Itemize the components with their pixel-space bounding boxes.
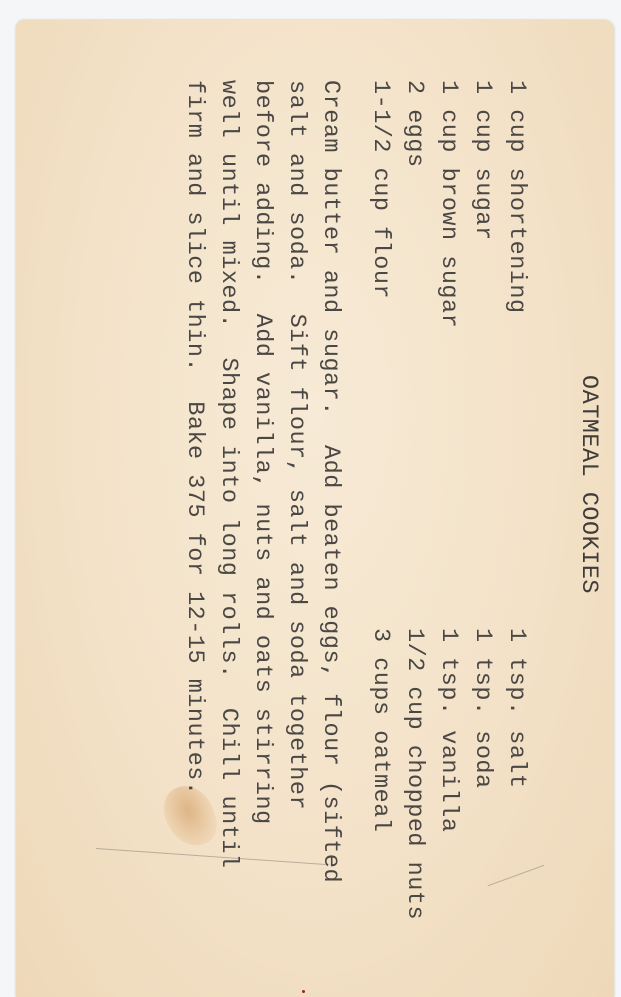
direction-line: well until mixed. Shape into long rolls.… [211, 80, 245, 883]
ingredient: 1 tsp. vanilla [431, 628, 465, 920]
ink-speck [302, 990, 305, 993]
ingredients-right-column: 1 tsp. salt 1 tsp. soda 1 tsp. vanilla 1… [363, 628, 533, 920]
ingredient: 3 cups oatmeal [363, 628, 397, 920]
direction-line: salt and soda. Sift flour, salt and soda… [279, 80, 313, 883]
direction-line: firm and slice thin. Bake 375 for 12-15 … [177, 80, 211, 883]
ingredient: 1 cup sugar [465, 80, 499, 328]
ingredient: 1 tsp. soda [465, 628, 499, 920]
direction-line: before adding. Add vanilla, nuts and oat… [245, 80, 279, 883]
ingredients-left-column: 1 cup shortening 1 cup sugar 1 cup brown… [363, 80, 533, 328]
ingredient: 2 eggs [397, 80, 431, 328]
ingredient: 1-1/2 cup flour [363, 80, 397, 328]
ingredient: 1 tsp. salt [499, 628, 533, 920]
directions: Cream butter and sugar. Add beaten eggs,… [177, 80, 347, 883]
ingredient: 1 cup shortening [499, 80, 533, 328]
ingredient: 1 cup brown sugar [431, 80, 465, 328]
recipe-title: OATMEAL COOKIES [571, 375, 605, 594]
ingredient: 1/2 cup chopped nuts [397, 628, 431, 920]
direction-line: Cream butter and sugar. Add beaten eggs,… [313, 80, 347, 883]
